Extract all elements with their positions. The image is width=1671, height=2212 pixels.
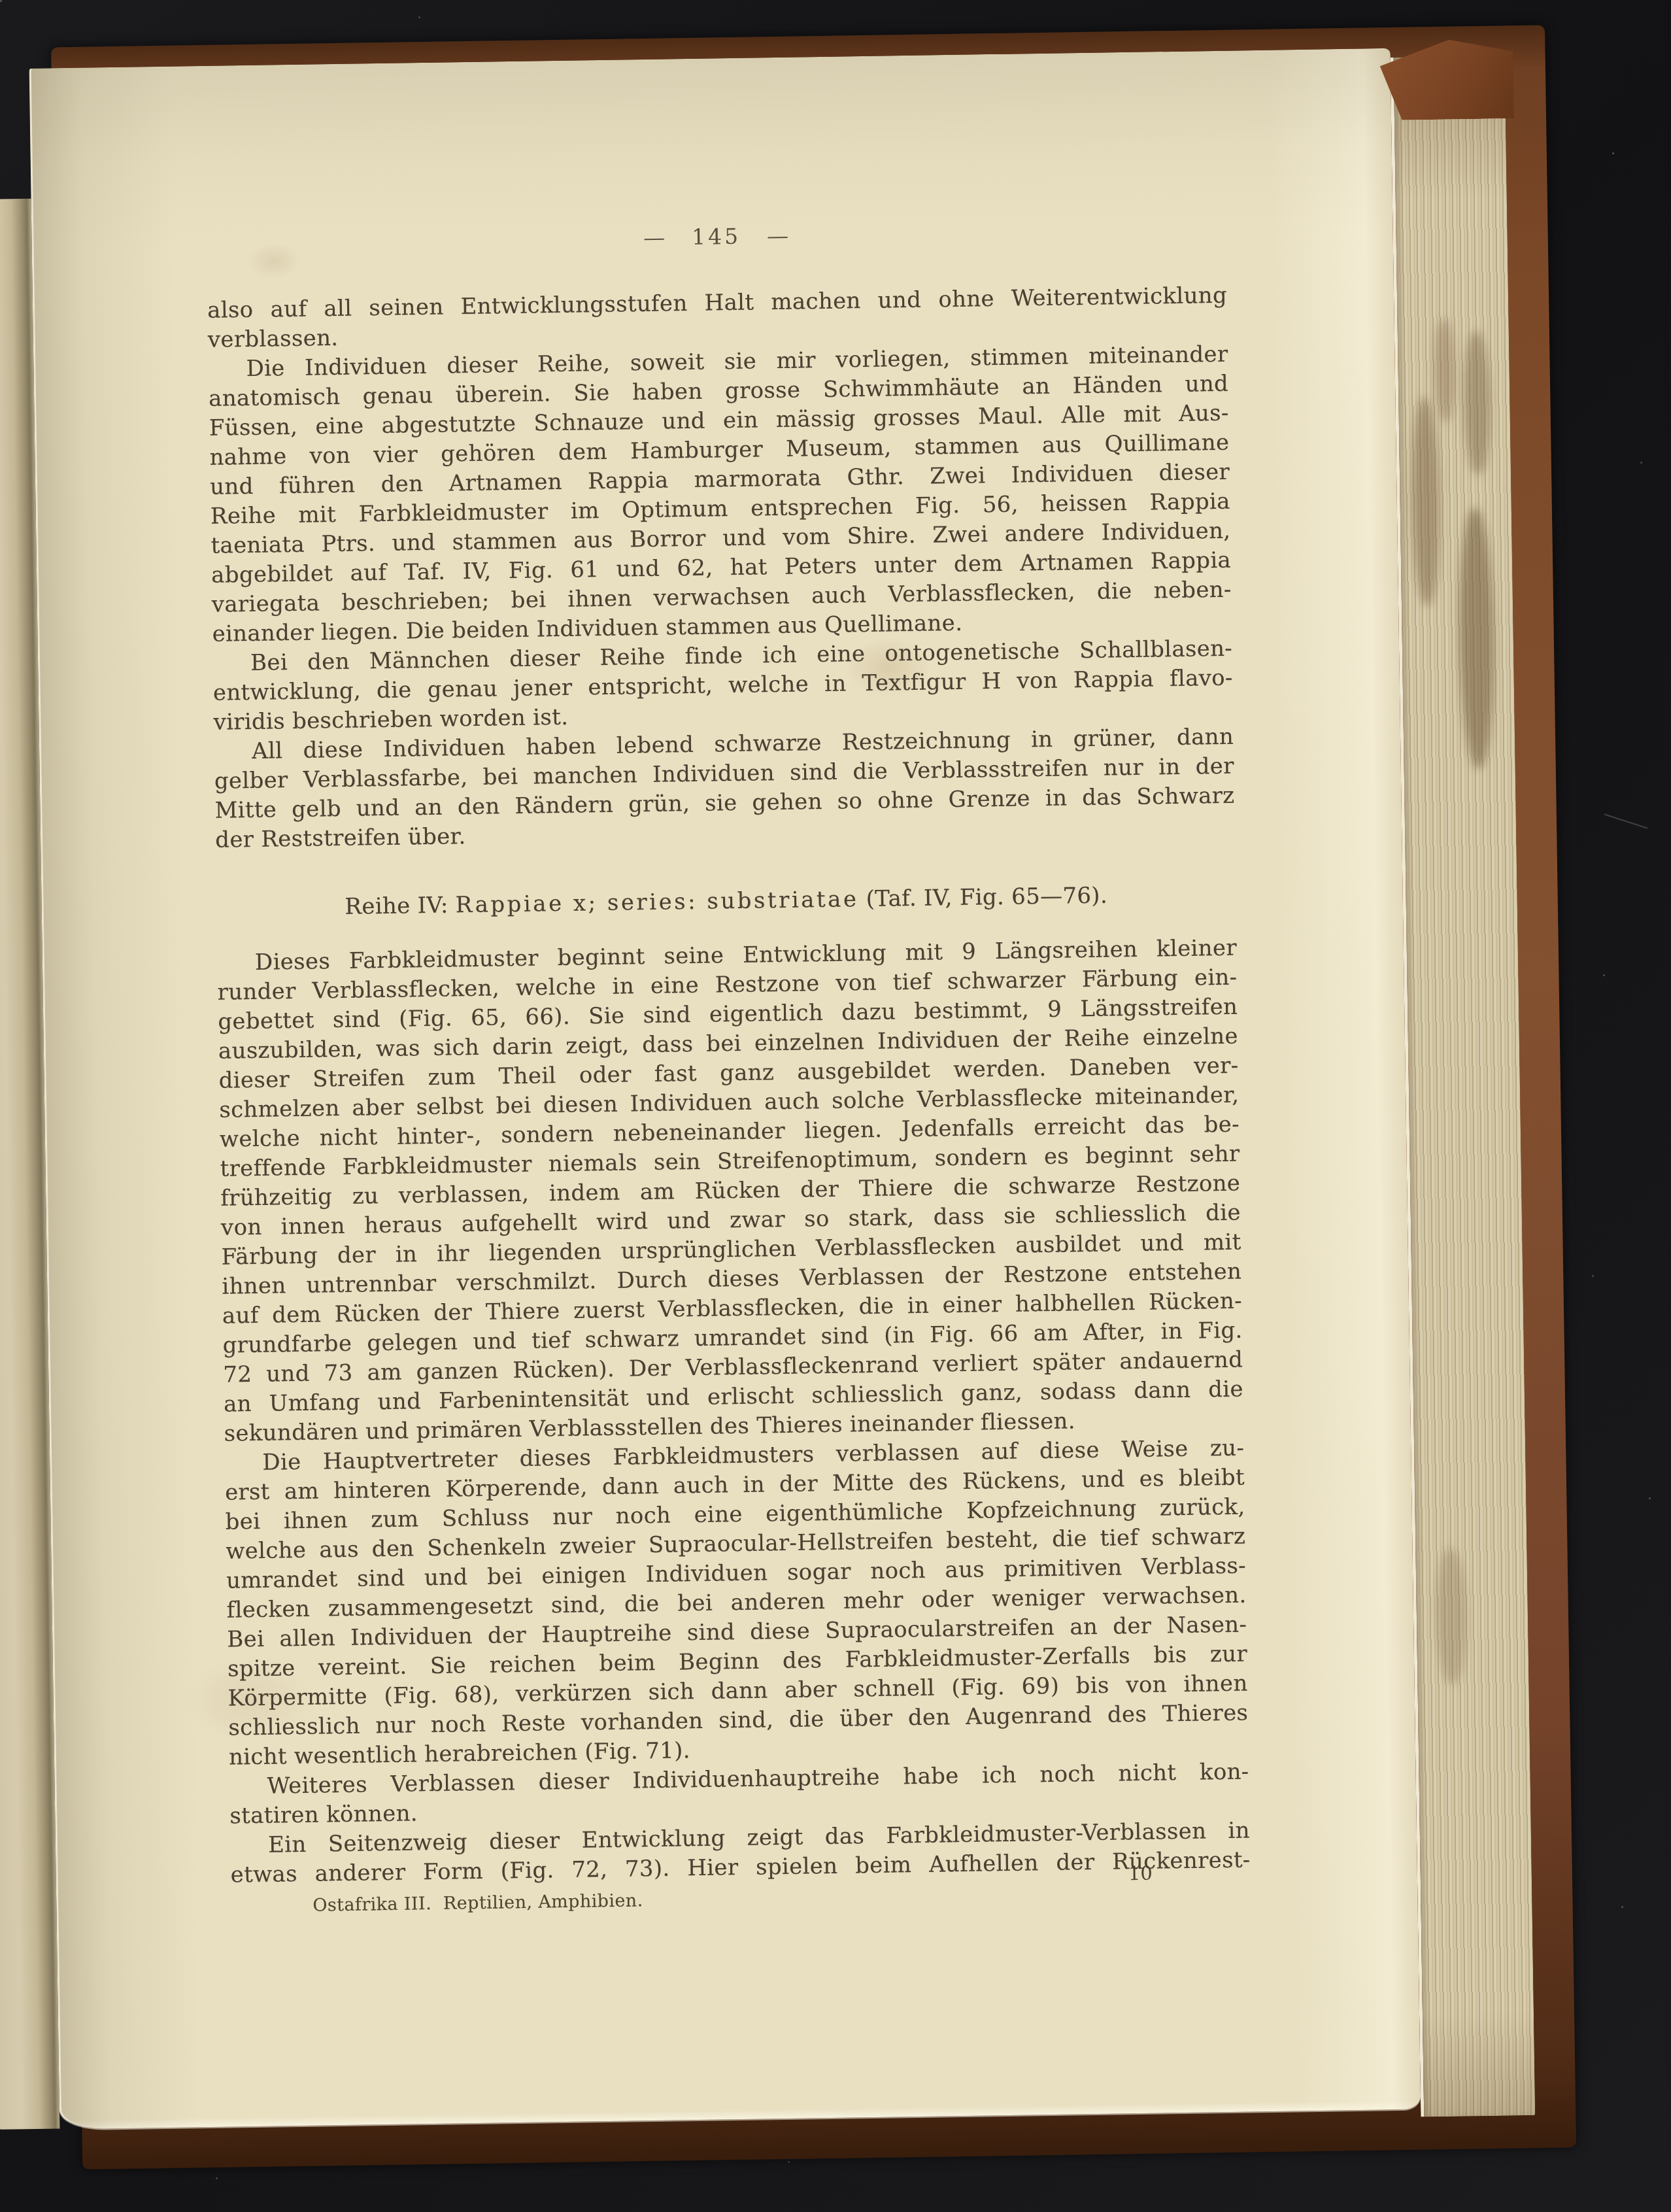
- fore-edge-stain: [1434, 318, 1456, 423]
- lint-fiber: [1604, 813, 1647, 829]
- dust-specks: [0, 0, 2, 2]
- section-heading: Reihe IV: Rappiae x; series: substriatae…: [216, 879, 1236, 924]
- book-page: —145— also auf all seinen Entwicklungsst…: [29, 48, 1421, 2130]
- text-block: also auf all seinen Entwicklungsstufen H…: [207, 281, 1251, 1890]
- fore-edge-stain: [1458, 507, 1496, 770]
- running-footer: Ostafrika III. Reptilien, Amphibien.: [312, 1890, 643, 1915]
- fore-edge-stain: [1410, 397, 1441, 607]
- fore-edge-stain: [1435, 1548, 1467, 1686]
- page-number-dash-left: —: [643, 224, 666, 250]
- fore-edge-stain: [1463, 331, 1491, 475]
- page-number: —145—: [206, 216, 1226, 257]
- page-number-dash-right: —: [767, 223, 790, 249]
- book: —145— also auf all seinen Entwicklungsst…: [0, 35, 1602, 2174]
- page-number-value: 145: [692, 224, 741, 250]
